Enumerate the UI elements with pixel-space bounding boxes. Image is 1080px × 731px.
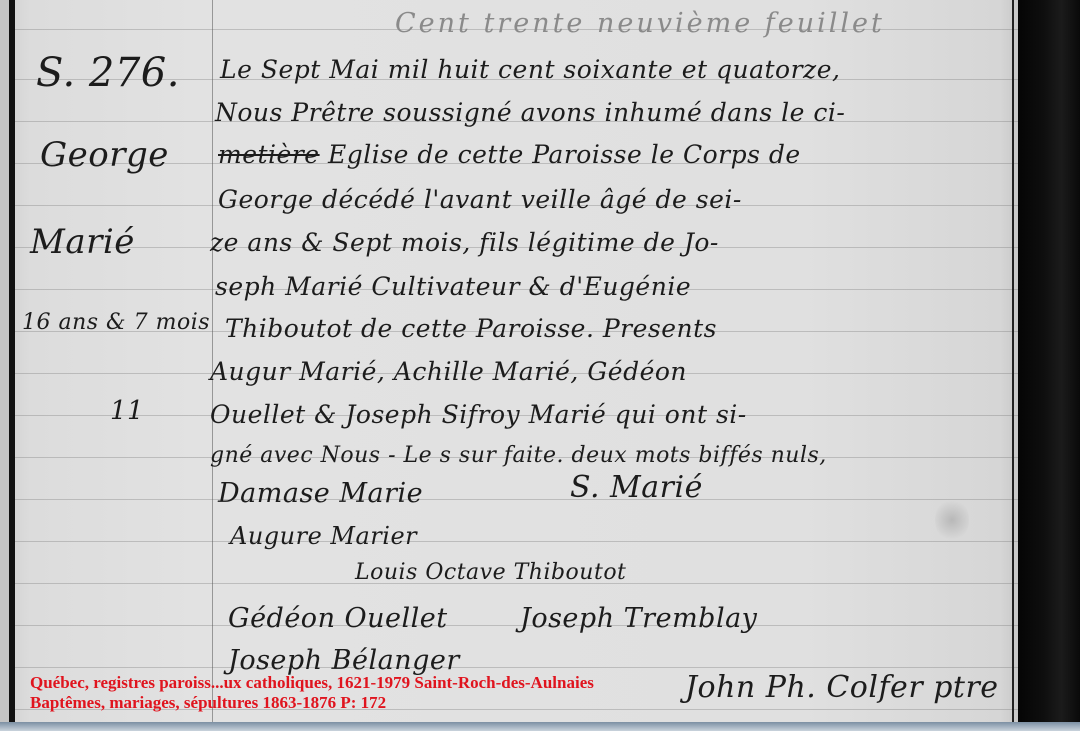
signature-joseph-tremblay: Joseph Tremblay bbox=[520, 603, 757, 634]
body-line-6: seph Marié Cultivateur & d'Eugénie bbox=[215, 272, 691, 301]
margin-given-name: George bbox=[40, 135, 169, 175]
body-line-3: metière Eglise de cette Paroisse le Corp… bbox=[218, 140, 801, 169]
signature-joseph-belanger: Joseph Bélanger bbox=[228, 645, 460, 676]
margin-surname: Marié bbox=[30, 222, 135, 262]
body-line-10: gné avec Nous - Le s sur faite. deux mot… bbox=[210, 443, 827, 468]
body-line-9: Ouellet & Joseph Sifroy Marié qui ont si… bbox=[210, 400, 747, 429]
next-image-edge bbox=[0, 722, 1080, 731]
body-line-8: Augur Marié, Achille Marié, Gédéon bbox=[210, 357, 687, 386]
entry-number: S. 276. bbox=[36, 50, 180, 96]
book-binding-shadow bbox=[1018, 0, 1080, 722]
margin-mark: 11 bbox=[110, 396, 144, 426]
body-line-1: Le Sept Mai mil huit cent soixante et qu… bbox=[220, 55, 840, 84]
body-line-3-rest: Eglise de cette Paroisse le Corps de bbox=[328, 140, 801, 169]
signature-augure-marier: Augure Marier bbox=[230, 522, 417, 550]
body-line-2: Nous Prêtre soussigné avons inhumé dans … bbox=[215, 98, 845, 127]
body-line-4: George décédé l'avant veille âgé de sei- bbox=[218, 185, 742, 214]
ink-smudge bbox=[935, 498, 969, 542]
previous-page-edge bbox=[0, 0, 9, 722]
signature-damase-marie: Damase Marie bbox=[218, 478, 423, 509]
register-page-scan: Cent trente neuvième feuillet S. 276. Ge… bbox=[0, 0, 1018, 722]
right-border-line bbox=[1012, 0, 1014, 722]
margin-age: 16 ans & 7 mois bbox=[22, 310, 210, 335]
body-line-5: ze ans & Sept mois, fils légitime de Jo- bbox=[210, 228, 719, 257]
body-line-7: Thiboutot de cette Paroisse. Presents bbox=[225, 314, 717, 343]
signature-louis-octave-thiboutot: Louis Octave Thiboutot bbox=[355, 560, 626, 585]
folio-annotation: Cent trente neuvième feuillet bbox=[395, 8, 885, 39]
source-caption: Québec, registres paroiss...ux catholiqu… bbox=[30, 673, 594, 713]
signature-gedeon-ouellet: Gédéon Ouellet bbox=[228, 603, 448, 634]
struck-word: metière bbox=[218, 140, 320, 169]
caption-line-1: Québec, registres paroiss...ux catholiqu… bbox=[30, 673, 594, 693]
signature-s-marie: S. Marié bbox=[570, 470, 703, 505]
left-border-line bbox=[9, 0, 15, 722]
caption-line-2: Baptêmes, mariages, sépultures 1863-1876… bbox=[30, 693, 594, 713]
signature-priest: John Ph. Colfer ptre bbox=[685, 670, 999, 705]
